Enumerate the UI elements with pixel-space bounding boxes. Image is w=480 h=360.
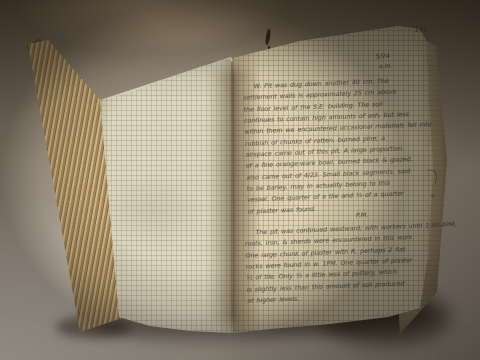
page-number: 161 (414, 25, 427, 34)
right-page-handwriting: 161 5/24 a.m. W. Pit was dug down anothe… (236, 12, 448, 332)
am-label: a.m. (379, 63, 392, 71)
pm-label: P.M. (356, 211, 369, 219)
entry-date: 5/24 (375, 52, 390, 61)
pm-paragraph: The pit was continued westward; with wor… (244, 219, 459, 307)
margin-plus-mark: + (430, 192, 436, 200)
margin-bracket-mark (426, 169, 438, 184)
am-paragraph: W. Pit was dug down another 40 cm. The s… (242, 74, 434, 218)
